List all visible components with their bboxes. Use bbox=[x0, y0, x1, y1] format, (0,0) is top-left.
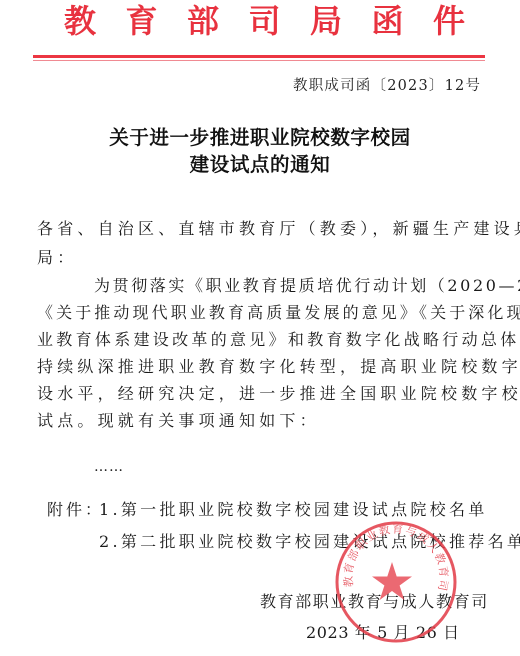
body-line-5: 设水平，经研究决定，进一步推进全国职业院校数字校园建设 bbox=[37, 384, 520, 404]
attachments-label: 附件： bbox=[47, 500, 104, 520]
body-line-3: 业教育体系建设改革的意见》和教育数字化战略行动总体部署， bbox=[37, 330, 520, 350]
letterhead-title: 教育部司局函件 bbox=[64, 2, 495, 40]
issuer-signature: 教育部职业教育与成人教育司 bbox=[260, 592, 489, 612]
attachment-item-2: 2.第二批职业院校数字校园建设试点院校推荐名单 bbox=[99, 532, 520, 552]
issue-date: 2023 年 5 月 26 日 bbox=[306, 623, 460, 643]
addressee-line-1: 各省、自治区、直辖市教育厅（教委），新疆生产建设兵团教育 bbox=[37, 219, 520, 239]
body-line-2: 《关于推动现代职业教育高质量发展的意见》《关于深化现代职 bbox=[37, 303, 520, 323]
document-title-line-2: 建设试点的通知 bbox=[0, 151, 520, 178]
body-line-4: 持续纵深推进职业教育数字化转型，提高职业院校数字校园建 bbox=[37, 357, 520, 377]
body-line-6: 试点。现就有关事项通知如下： bbox=[37, 411, 320, 431]
addressee-line-2: 局： bbox=[37, 248, 77, 268]
attachment-item-1: 1.第一批职业院校数字校园建设试点院校名单 bbox=[99, 500, 488, 520]
document-title-line-1: 关于进一步推进职业院校数字校园 bbox=[0, 124, 520, 151]
letterhead-rule-thin bbox=[33, 60, 485, 61]
body-line-1: 为贯彻落实《职业教育提质培优行动计划（2020—2023年）》 bbox=[94, 276, 520, 296]
content-ellipsis: …… bbox=[94, 459, 124, 475]
letterhead-rule-thick bbox=[33, 55, 485, 58]
document-number: 教职成司函〔2023〕12号 bbox=[293, 74, 481, 95]
